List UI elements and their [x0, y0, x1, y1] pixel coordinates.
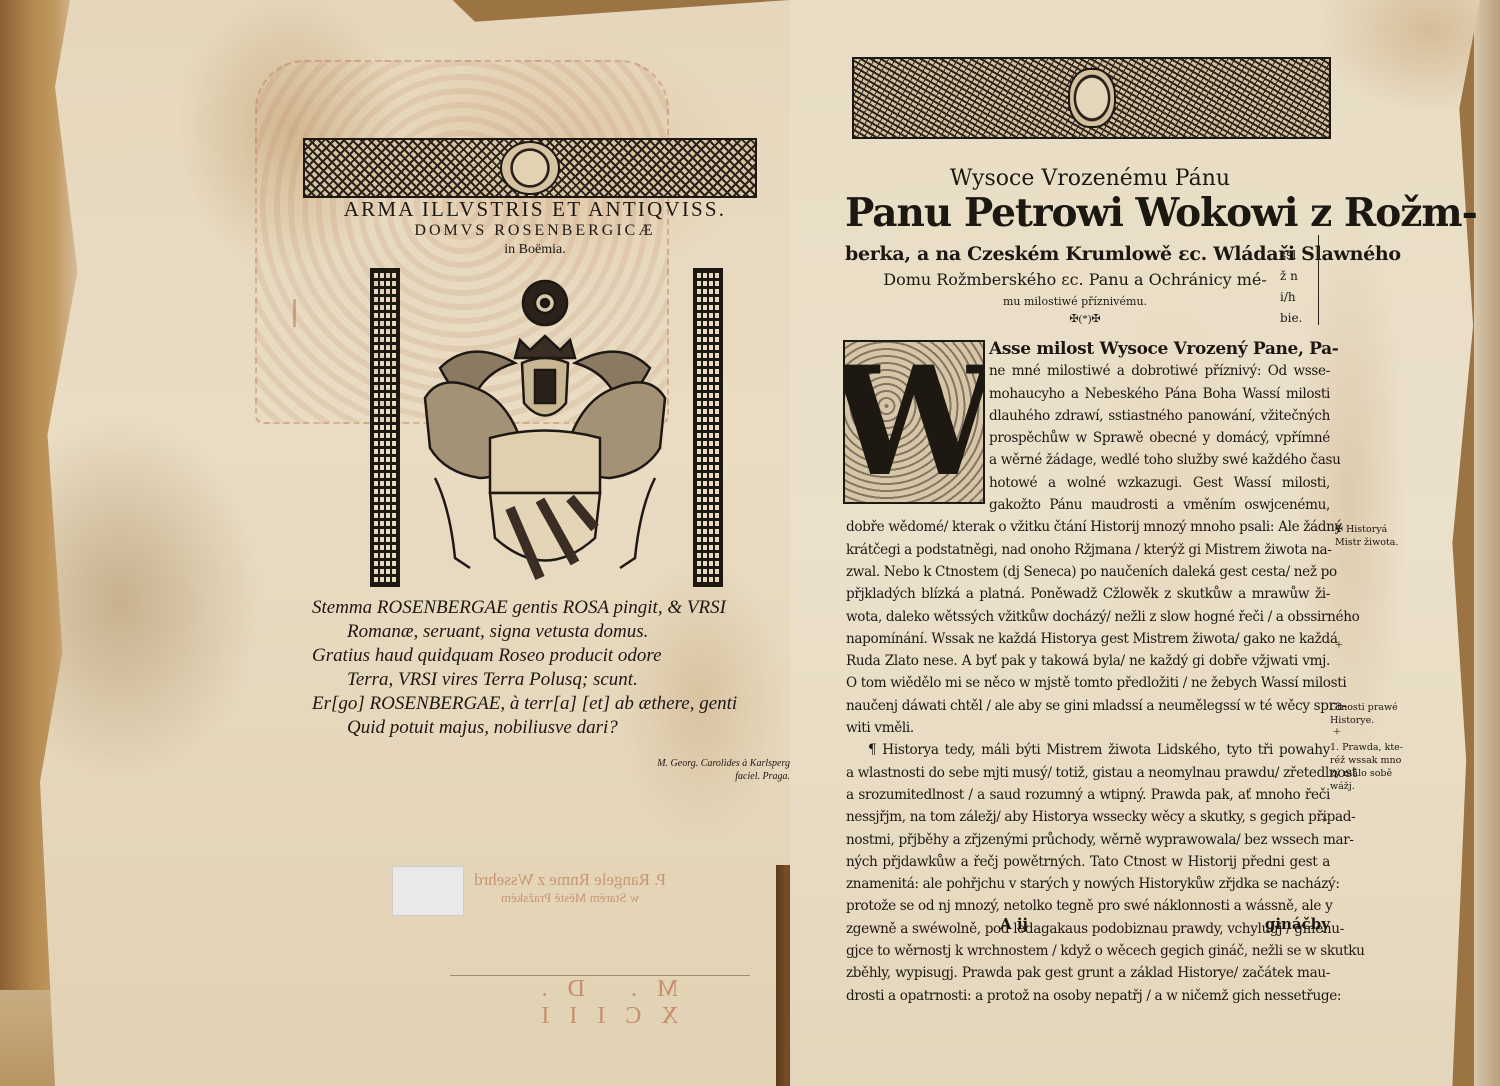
text-line: zběhly, wypisugj. Prawda pak gest grunt …	[846, 962, 1330, 984]
poem-line: Er[go] ROSENBERGAE, à terr[a] [et] ab æt…	[312, 692, 782, 716]
poem-line: Gratius haud quidquam Roseo producit odo…	[312, 644, 782, 668]
text-line: dlauhého zdrawí, sstiastného panowání, v…	[846, 405, 1330, 427]
note-line: zý málo sobě	[1330, 767, 1403, 780]
repair-paper-patch	[392, 866, 464, 916]
dedication-heading-line3: berka, a na Czeském Krumlowě ɛc. Wládaři…	[845, 243, 1330, 265]
text-line: nostmi, přjběhy a zřjzenými průchody, wě…	[846, 829, 1330, 851]
page-footer: A ij gináčby	[1000, 915, 1330, 933]
author-line2: faciel. Praga.	[620, 770, 790, 783]
text-line: naučenj dáwati chtěl / ale aby se gini m…	[846, 695, 1330, 717]
note-line: wážj.	[1330, 780, 1403, 793]
margin-note-ctnosti: Ctnosti prawé Historye.	[1330, 701, 1398, 727]
note-line: i/h	[1280, 287, 1320, 308]
margin-handwritten-note: ssl ž n i/h bie.	[1280, 245, 1320, 329]
author-line1: M. Georg. Carolides à Karlsperg	[620, 757, 790, 770]
cross-mark-icon: +	[1335, 638, 1343, 654]
offset-date: M. D. XCIII	[450, 975, 750, 1030]
text-line: dobře wědomé/ kterak o vžitku čtání Hist…	[846, 516, 1330, 538]
text-line: ¶ Historya tedy, máli býti Mistrem žiwot…	[846, 739, 1330, 761]
title-woodcut-banner	[303, 138, 757, 198]
margin-note-prawda: 1. Prawda, kte- réž wssak mno zý málo so…	[1330, 741, 1403, 793]
signature-mark: A ij	[1000, 915, 1028, 933]
margin-note-historia: ✠ Historyá Mistr žiwota.	[1335, 523, 1398, 549]
dedication-heading-line1: Wysoce Vrozenému Pánu	[850, 166, 1330, 191]
text-line: O tom wiědělo mi se něco w mjstě tomto p…	[846, 672, 1330, 694]
text-line: a srozumitedlnost / a saud rozumný a wti…	[846, 784, 1330, 806]
text-line: a wlastnosti do sebe mjti musý/ totiž, g…	[846, 762, 1330, 784]
text-line: znamenitá: ale pohřjchu v starých y nowý…	[846, 873, 1330, 895]
text-line: drosti a opatrnosti: a protož na osoby n…	[846, 985, 1330, 1007]
text-line: wota, daleko wětssých vžitkůw docházý/ n…	[846, 606, 1330, 628]
mask-ornament-icon	[500, 141, 560, 195]
left-title-line1: ARMA ILLVSTRIS ET ANTIQVISS.	[310, 197, 760, 222]
text-line: nessjřjm, na tom záležj/ aby Historya ws…	[846, 806, 1330, 828]
note-line: bie.	[1280, 308, 1320, 329]
text-line: gakožto Pánu maudrosti a vměním oswjcené…	[846, 494, 1330, 516]
text-line: zwal. Nebo k Ctnostem (dj Seneca) po nau…	[846, 561, 1330, 583]
dedication-heading-line4: Domu Rožmberského ɛc. Panu a Ochránicy m…	[845, 270, 1305, 289]
text-line: prospěchůw w Sprawě obecné y domácý, vpř…	[846, 427, 1330, 449]
latin-epigram: Stemma ROSENBERGAE gentis ROSA pingit, &…	[312, 596, 782, 740]
text-line: napomínání. Wssak ne každá Historya gest…	[846, 628, 1330, 650]
text-line: mohaucyho a Nebeského Pána Boha Wassí mi…	[846, 383, 1330, 405]
note-line: 1. Prawda, kte-	[1330, 741, 1403, 754]
fleuron-ornament: ✠(*)✠	[1055, 312, 1115, 325]
poem-line: Romanæ, seruant, signa vetusta domus.	[312, 620, 782, 644]
text-line: ných přjdawkůw a řečj powětrných. Tato C…	[846, 851, 1330, 873]
book-board-right	[1474, 0, 1500, 1086]
text-line: gjce to wěrnostj k wrchnostem / když o w…	[846, 940, 1330, 962]
left-title-line3: in Boëmia.	[310, 242, 760, 258]
cherub-face-icon	[1068, 68, 1116, 128]
poem-author: M. Georg. Carolides à Karlsperg faciel. …	[620, 757, 790, 783]
note-line: ssl	[1280, 245, 1320, 266]
headpiece-woodcut-banner	[852, 57, 1331, 139]
dedication-heading-line5: mu milostiwé příznivému.	[845, 295, 1305, 308]
note-line: réž wssak mno	[1330, 754, 1403, 767]
left-title-line2: DOMVS ROSENBERGICÆ	[310, 222, 760, 240]
ornamental-border-left	[370, 268, 400, 587]
text-line: Ruda Zlato nese. A byť pak y takowá byla…	[846, 650, 1330, 672]
note-line: ž n	[1280, 266, 1320, 287]
text-line: a wěrné žádage, wedlé toho služby swé ka…	[846, 449, 1330, 471]
dedication-heading-line2: Panu Petrowi Wokowi z Rožm-	[845, 190, 1335, 236]
poem-line: Terra, VRSI vires Terra Polusq; scunt.	[312, 668, 782, 692]
text-line: witi vměli.	[846, 717, 1330, 739]
text-line: Asse milost Wysoce Vrozený Pane, Pa-	[846, 338, 1330, 360]
dedication-body-text: Asse milost Wysoce Vrozený Pane, Pa- ne …	[846, 338, 1330, 1007]
note-line: Ctnosti prawé	[1330, 701, 1398, 714]
offset-text-fragment: ꟾ	[290, 300, 299, 335]
note-line: ✠ Historyá	[1335, 523, 1398, 536]
cross-mark-icon: +	[1320, 813, 1328, 829]
text-line: krátčegi a podstatněgi, nad onoho Ržjman…	[846, 539, 1330, 561]
rosenberg-coat-of-arms-icon	[410, 278, 680, 588]
poem-line: Quid potuit majus, nobiliusve dari?	[312, 716, 782, 740]
text-line: hotowé a wolné wzkazugi. Gest Wassí milo…	[846, 472, 1330, 494]
text-line: ne mné milostiwé a dobrotiwé příznivý: O…	[846, 360, 1330, 382]
text-line: přjkladých blízká a platná. Poněwadž Cžl…	[846, 583, 1330, 605]
cross-mark-icon: +	[1333, 725, 1341, 741]
ornamental-border-right	[693, 268, 723, 587]
poem-line: Stemma ROSENBERGAE gentis ROSA pingit, &…	[312, 596, 782, 620]
note-line: Mistr žiwota.	[1335, 536, 1398, 549]
catchword: gináčby	[1265, 915, 1330, 933]
